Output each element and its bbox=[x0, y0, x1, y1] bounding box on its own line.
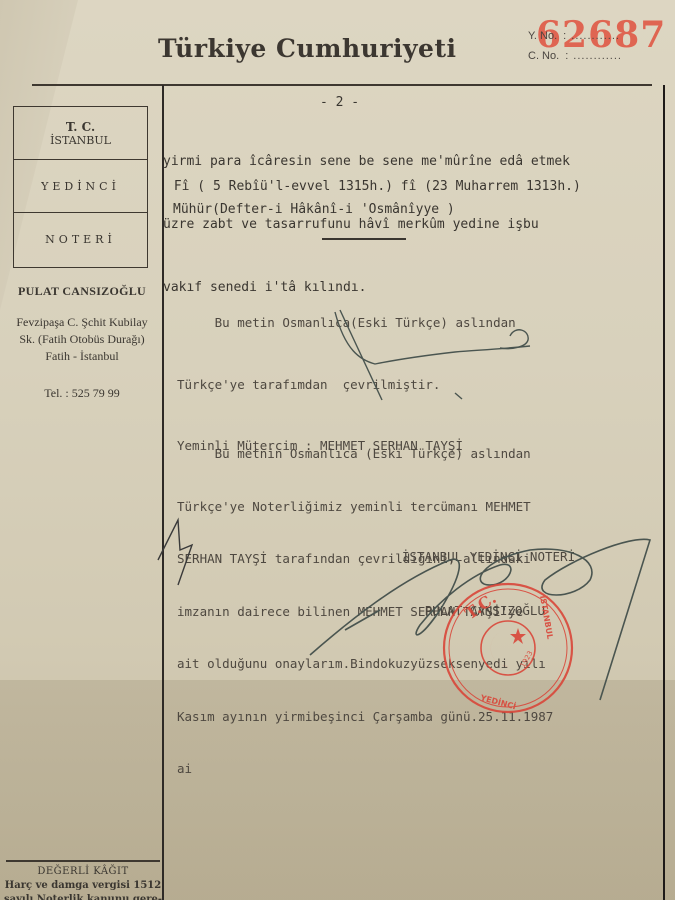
office-tc-label: T. C. bbox=[66, 120, 95, 134]
notice-rule bbox=[6, 860, 160, 862]
valuable-paper-notice: DEĞERLİ KÂĞIT Harç ve damga vergisi 1512… bbox=[4, 860, 162, 900]
document-header-title: Türkiye Cumhuriyeti bbox=[158, 34, 457, 63]
text-line: Kasım ayının yirmibeşinci Çarşamba günü.… bbox=[177, 708, 553, 726]
header-rule bbox=[32, 84, 652, 86]
address-line: Fatih - İstanbul bbox=[2, 348, 162, 365]
notary-signatory-name: PULAT CANSIZOĞLU bbox=[402, 602, 575, 620]
y-no-value: : ............ bbox=[563, 30, 620, 42]
notice-title: DEĞERLİ KÂĞIT bbox=[4, 865, 162, 879]
office-type-label: NOTERİ bbox=[45, 233, 116, 246]
office-box-cell-istanbul: T. C. İSTANBUL bbox=[14, 107, 147, 160]
y-no-label: Y. No. bbox=[528, 30, 557, 42]
c-no-value: : ............ bbox=[565, 50, 622, 62]
office-number-label: YEDİNCİ bbox=[41, 180, 120, 193]
office-box-cell-notary: NOTERİ bbox=[14, 213, 147, 265]
section-separator bbox=[322, 238, 406, 240]
address-line: Sk. (Fatih Otobüs Durağı) bbox=[2, 331, 162, 348]
text-line: Bu metin Osmanlıca(Eski Türkçe) aslından bbox=[177, 313, 516, 334]
notice-text-line: Harç ve damga vergisi 1512 bbox=[4, 879, 162, 893]
phone-number: Tel. : 525 79 99 bbox=[2, 385, 162, 402]
right-margin-rule bbox=[663, 85, 665, 900]
y-no-row: Y. No.: ............ bbox=[528, 30, 622, 50]
text-line: Türkçe'ye tarafımdan çevrilmiştir. bbox=[177, 375, 516, 396]
notary-office-box: T. C. İSTANBUL YEDİNCİ NOTERİ bbox=[13, 106, 148, 268]
notary-office-title: İSTANBUL YEDİNCİ NOTERİ bbox=[402, 548, 575, 566]
c-no-label: C. No. bbox=[528, 50, 559, 62]
notary-signature-block: İSTANBUL YEDİNCİ NOTERİ PULAT CANSIZOĞLU bbox=[402, 512, 575, 656]
hijri-date-line: Fî ( 5 Rebîü'l-evvel 1315h.) fî (23 Muha… bbox=[166, 176, 581, 197]
text-line: ai bbox=[177, 760, 553, 778]
reference-numbers: Y. No.: ............ C. No.: ...........… bbox=[528, 30, 622, 70]
notice-text-line: sayılı Noterlik kanunu gere- bbox=[4, 893, 162, 900]
document-page: Türkiye Cumhuriyeti 62687 Y. No.: ......… bbox=[0, 0, 675, 900]
text-line: Bu metnin Osmanlıca (Eski Türkçe) aslınd… bbox=[177, 445, 553, 463]
notary-name: PULAT CANSIZOĞLU bbox=[2, 283, 162, 300]
notary-contact-info: PULAT CANSIZOĞLU Fevzipaşa C. Şchit Kubi… bbox=[2, 283, 162, 402]
text-line: yirmi para îcâresin sene be sene me'mûrî… bbox=[163, 151, 570, 172]
address-line: Fevzipaşa C. Şchit Kubilay bbox=[2, 314, 162, 331]
text-line: ait olduğunu onaylarım.Bindokuzyüzseksen… bbox=[177, 655, 553, 673]
c-no-row: C. No.: ............ bbox=[528, 50, 622, 70]
office-box-cell-number: YEDİNCİ bbox=[14, 160, 147, 213]
office-city-label: İSTANBUL bbox=[50, 134, 111, 147]
ottoman-seal-line: Mühür(Defter-i Hâkânî-i 'Osmânîyye ) bbox=[173, 199, 455, 220]
